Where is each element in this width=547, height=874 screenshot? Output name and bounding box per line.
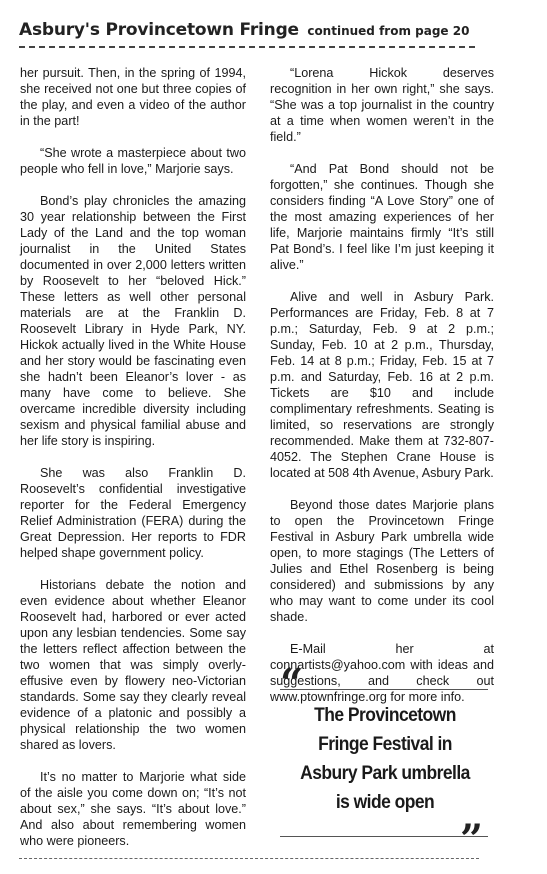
paragraph: “And Pat Bond should not be forgotten,” … bbox=[270, 161, 494, 273]
page-header: Asbury's Provincetown Fringe continued f… bbox=[19, 20, 469, 40]
header-dashed-divider bbox=[19, 46, 475, 48]
paragraph: “Lorena Hickok deserves recognition in h… bbox=[270, 65, 494, 145]
continued-from-label: continued from page 20 bbox=[307, 24, 469, 38]
paragraph: “She wrote a masterpiece about two peopl… bbox=[20, 145, 246, 177]
pull-quote-line: The Provincetown bbox=[288, 701, 481, 730]
pull-quote-top-rule bbox=[280, 689, 488, 690]
paragraph: Historians debate the notion and even ev… bbox=[20, 577, 246, 753]
open-quote-icon: “ bbox=[280, 664, 303, 704]
paragraph: It’s no matter to Marjorie what side of … bbox=[20, 769, 246, 849]
paragraph: Alive and well in Asbury Park. Performan… bbox=[270, 289, 494, 481]
footer-dashed-divider bbox=[19, 858, 479, 859]
right-column: “Lorena Hickok deserves recognition in h… bbox=[270, 65, 494, 721]
pull-quote: “ The Provincetown Fringe Festival in As… bbox=[280, 672, 490, 848]
newspaper-page: Asbury's Provincetown Fringe continued f… bbox=[0, 0, 547, 874]
paragraph: Beyond those dates Marjorie plans to ope… bbox=[270, 497, 494, 625]
paragraph: her pursuit. Then, in the spring of 1994… bbox=[20, 65, 246, 129]
pull-quote-line: Fringe Festival in bbox=[288, 730, 481, 759]
paragraph: She was also Franklin D. Roosevelt’s con… bbox=[20, 465, 246, 561]
pull-quote-line: Asbury Park umbrella bbox=[288, 759, 481, 788]
pull-quote-text: The Provincetown Fringe Festival in Asbu… bbox=[288, 701, 481, 817]
pull-quote-bottom-rule bbox=[280, 836, 488, 837]
header-title: Asbury's Provincetown Fringe bbox=[19, 20, 299, 40]
paragraph: Bond’s play chronicles the amazing 30 ye… bbox=[20, 193, 246, 449]
close-quote-icon: ” bbox=[460, 820, 483, 860]
left-column: her pursuit. Then, in the spring of 1994… bbox=[20, 65, 246, 865]
pull-quote-line: is wide open bbox=[288, 788, 481, 817]
